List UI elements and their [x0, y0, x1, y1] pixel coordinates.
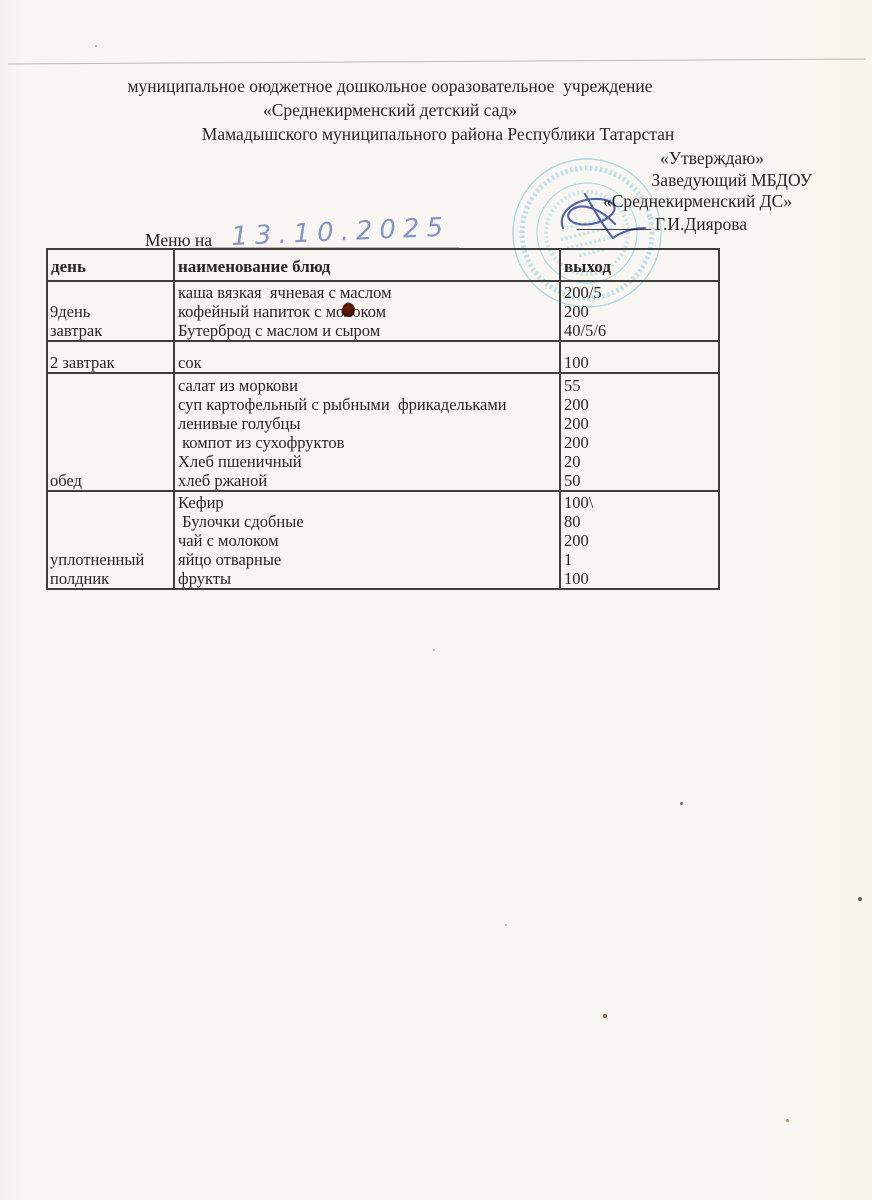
approve-label: «Утверждаю»: [577, 148, 764, 170]
dish-name: кофейный напиток с молоком: [178, 302, 559, 321]
output-cell: 100\802001100: [559, 492, 718, 588]
dish-name: сок: [178, 353, 559, 372]
meal-cell: 9деньзавтрак: [48, 282, 175, 340]
org-header: муниципальное оюджетное дошкольное оораз…: [70, 76, 710, 148]
paper-speck: [680, 802, 683, 805]
paper-speck: [505, 924, 507, 926]
paper-speck: [433, 649, 435, 651]
dish-output: 200/5: [564, 283, 718, 302]
approval-block: «Утверждаю» Заведующий МБДОУ «Среднекирм…: [577, 148, 812, 236]
table-row: уплотненныйполдникКефир Булочки сдобныеч…: [48, 490, 718, 588]
column-header-dishes: наименование блюд: [175, 250, 559, 280]
output-cell: 100: [559, 342, 718, 372]
meal-label: обед: [50, 471, 173, 490]
signature-line: [577, 217, 651, 230]
dish-name: компот из сухофруктов: [178, 433, 559, 452]
dish-name: каша вязкая ячневая с маслом: [178, 283, 559, 302]
dish-name: чай с молоком: [178, 531, 559, 550]
dish-output: 200: [564, 531, 718, 550]
table-row: обедсалат из морковисуп картофельный с р…: [48, 372, 718, 490]
dish-output: 80: [564, 512, 718, 531]
paper-speck: [786, 1119, 789, 1122]
dish-name: суп картофельный с рыбными фрикадельками: [178, 395, 559, 414]
dishes-cell: каша вязкая ячневая с масломкофейный нап…: [175, 282, 559, 340]
table-row: 9деньзавтраккаша вязкая ячневая с маслом…: [48, 280, 718, 340]
org-name-line2: «Среднекирменский детский сад»: [70, 100, 710, 124]
paper-speck: [603, 1014, 607, 1018]
approver-title: Заведующий МБДОУ: [577, 170, 812, 192]
dish-name: фрукты: [178, 569, 559, 588]
meal-cell: обед: [48, 374, 175, 490]
signature-row: Г.И.Диярова: [577, 214, 747, 236]
table-row: 2 завтраксок100: [48, 340, 718, 372]
dish-output: 40/5/6: [564, 321, 718, 340]
paper-speck: [858, 897, 862, 901]
menu-table-rows: 9деньзавтраккаша вязкая ячневая с маслом…: [48, 280, 718, 588]
dish-output: 55: [564, 376, 718, 395]
dish-name: хлеб ржаной: [178, 471, 559, 490]
scan-artifact-line: [8, 59, 866, 65]
meal-label: полдник: [50, 569, 173, 588]
meal-label: завтрак: [50, 321, 173, 340]
dish-output: 100\: [564, 493, 718, 512]
dish-name: Бутерброд с маслом и сыром: [178, 321, 559, 340]
dish-output: 100: [564, 569, 718, 588]
approver-org: «Среднекирменский ДС»: [577, 191, 792, 213]
dish-output: 100: [564, 353, 718, 372]
dish-name: ленивые голубцы: [178, 414, 559, 433]
dish-output: 200: [564, 433, 718, 452]
dish-output: 200: [564, 414, 718, 433]
dishes-cell: сок: [175, 342, 559, 372]
dishes-cell: Кефир Булочки сдобныечай с молокомяйцо о…: [175, 492, 559, 588]
meal-label: 2 завтрак: [50, 353, 173, 372]
dish-output: 200: [564, 302, 718, 321]
dish-name: салат из моркови: [178, 376, 559, 395]
menu-label: Меню на: [145, 230, 212, 250]
paper-speck: [95, 45, 97, 47]
dish-output: 1: [564, 550, 718, 569]
dish-output: 200: [564, 395, 718, 414]
dish-name: Хлеб пшеничный: [178, 452, 559, 471]
column-header-output: выход: [559, 250, 718, 280]
meal-cell: 2 завтрак: [48, 342, 175, 372]
approver-name: Г.И.Диярова: [655, 214, 747, 234]
dish-name: яйцо отварные: [178, 550, 559, 569]
table-header-row: день наименование блюд выход: [48, 250, 718, 280]
dish-output: 50: [564, 471, 718, 490]
dish-output: 20: [564, 452, 718, 471]
column-header-day: день: [48, 250, 175, 280]
meal-cell: уплотненныйполдник: [48, 492, 175, 588]
dishes-cell: салат из морковисуп картофельный с рыбны…: [175, 374, 559, 490]
org-name-line3: Мамадышского муниципального района Респу…: [118, 124, 758, 148]
dish-name: Кефир: [178, 493, 559, 512]
menu-table: день наименование блюд выход 9деньзавтра…: [46, 248, 720, 590]
scanned-menu-document: муниципальное оюджетное дошкольное оораз…: [0, 0, 872, 1200]
output-cell: 200/520040/5/6: [559, 282, 718, 340]
meal-label: 9день: [50, 302, 173, 321]
output-cell: 552002002002050: [559, 374, 718, 490]
dish-name: Булочки сдобные: [178, 512, 559, 531]
meal-label: уплотненный: [50, 550, 173, 569]
org-name-line1: муниципальное оюджетное дошкольное оораз…: [70, 76, 710, 100]
